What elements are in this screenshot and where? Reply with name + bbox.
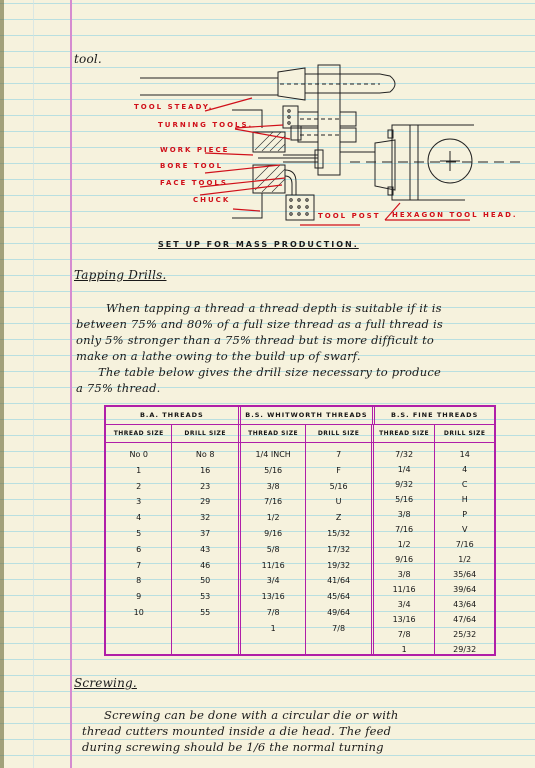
table-cell: 37 — [172, 526, 237, 542]
text-line: When tapping a thread a thread depth is … — [76, 300, 521, 316]
table-column-header: THREAD SIZE DRILL SIZE THREAD SIZE DRILL… — [106, 425, 494, 443]
table-cell: 55 — [172, 605, 237, 621]
table-cell: 7/16 — [241, 494, 305, 510]
table-cell: C — [435, 477, 494, 492]
diagram-caption: SET UP FOR MASS PRODUCTION. — [158, 240, 359, 249]
table-cell: 7/32 — [374, 447, 435, 462]
col-ba-thread: No 012345678910 — [106, 443, 171, 654]
table-cell: 5/16 — [374, 492, 435, 507]
table-cell: 5 — [106, 526, 171, 542]
table-cell: 7/8 — [241, 605, 305, 621]
label-chuck: CHUCK — [193, 196, 230, 204]
screwing-heading: Screwing. — [74, 676, 137, 690]
table-cell: 19/32 — [306, 558, 370, 574]
col-header: THREAD SIZE — [371, 425, 435, 442]
table-cell: 7/8 — [374, 627, 435, 642]
tapping-paragraph-1: When tapping a thread a thread depth is … — [76, 300, 521, 396]
table-cell: 9/32 — [374, 477, 435, 492]
col-bsw-thread: 1/4 INCH5/163/87/161/29/165/811/163/413/… — [238, 443, 305, 654]
table-cell: 9/16 — [241, 526, 305, 542]
table-cell: 3 — [106, 494, 171, 510]
table-cell — [306, 637, 370, 653]
table-body: No 012345678910 No 816232932374346505355… — [106, 443, 494, 654]
table-cell: 4 — [435, 462, 494, 477]
table-cell: 25/32 — [435, 627, 494, 642]
label-turning-tools: TURNING TOOLS. — [158, 121, 253, 129]
table-cell: 13/16 — [374, 612, 435, 627]
table-cell: H — [435, 492, 494, 507]
table-cell: 7 — [306, 447, 370, 463]
text-line: between 75% and 80% of a full size threa… — [76, 316, 521, 332]
col-bsf-thread: 7/321/49/325/163/87/161/29/163/811/163/4… — [371, 443, 435, 654]
table-cell: 49/64 — [306, 605, 370, 621]
table-cell: 17/32 — [306, 542, 370, 558]
table-cell: 1 — [241, 621, 305, 637]
col-header: DRILL SIZE — [171, 425, 237, 442]
tapping-drill-table: B.A. THREADS B.S. WHITWORTH THREADS B.S.… — [104, 405, 496, 656]
label-face-tools: FACE TOOLS — [160, 179, 228, 187]
table-cell: 46 — [172, 558, 237, 574]
text-line: only 5% stronger than a 75% thread but i… — [76, 332, 521, 348]
table-cell: 2 — [106, 479, 171, 495]
table-cell: 13/16 — [241, 589, 305, 605]
table-cell — [106, 637, 171, 653]
table-cell: 6 — [106, 542, 171, 558]
group-bsw: B.S. WHITWORTH THREADS — [238, 407, 373, 424]
table-cell: 35/64 — [435, 567, 494, 582]
text-line: make on a lathe owing to the build up of… — [76, 348, 521, 364]
table-cell: V — [435, 522, 494, 537]
table-cell: 14 — [435, 447, 494, 462]
table-cell: 3/4 — [241, 573, 305, 589]
label-tool-steady: TOOL STEADY. — [134, 103, 213, 111]
table-cell: 41/64 — [306, 573, 370, 589]
table-cell: 7/8 — [306, 621, 370, 637]
text-line: thread cutters mounted inside a die head… — [82, 723, 527, 739]
table-cell: 29/32 — [435, 642, 494, 657]
table-cell: 45/64 — [306, 589, 370, 605]
table-cell: 43/64 — [435, 597, 494, 612]
table-cell: 32 — [172, 510, 237, 526]
table-cell: Z — [306, 510, 370, 526]
table-cell: 3/8 — [374, 507, 435, 522]
col-header: DRILL SIZE — [434, 425, 494, 442]
table-cell: 1/4 INCH — [241, 447, 305, 463]
label-bore-tool: BORE TOOL — [160, 162, 223, 170]
table-group-header: B.A. THREADS B.S. WHITWORTH THREADS B.S.… — [106, 407, 494, 425]
label-tool-post: TOOL POST — [318, 212, 380, 220]
table-cell: 1 — [106, 463, 171, 479]
table-cell: No 8 — [172, 447, 237, 463]
table-cell: 7/16 — [435, 537, 494, 552]
table-cell: 7/16 — [374, 522, 435, 537]
table-cell: 3/8 — [374, 567, 435, 582]
table-cell: 9/16 — [374, 552, 435, 567]
col-bsf-drill: 144CHPV7/161/235/6439/6443/6447/6425/322… — [434, 443, 494, 654]
table-cell: 5/8 — [241, 542, 305, 558]
table-cell: 29 — [172, 494, 237, 510]
label-work-piece: WORK PIECE — [160, 146, 229, 154]
table-cell: 1/2 — [435, 552, 494, 567]
col-ba-drill: No 816232932374346505355 — [171, 443, 237, 654]
table-cell: 39/64 — [435, 582, 494, 597]
table-cell: 1 — [374, 642, 435, 657]
col-bsw-drill: 7F5/16UZ15/3217/3219/3241/6445/6449/647/… — [305, 443, 370, 654]
table-cell: 23 — [172, 479, 237, 495]
table-cell: 7 — [106, 558, 171, 574]
table-cell — [172, 637, 237, 653]
table-cell: 3/4 — [374, 597, 435, 612]
table-cell: 8 — [106, 573, 171, 589]
table-cell: 15/32 — [306, 526, 370, 542]
table-cell: No 0 — [106, 447, 171, 463]
text-line: Screwing can be done with a circular die… — [82, 707, 527, 723]
table-cell: 16 — [172, 463, 237, 479]
table-cell: P — [435, 507, 494, 522]
col-header: DRILL SIZE — [305, 425, 370, 442]
table-cell: 50 — [172, 573, 237, 589]
col-header: THREAD SIZE — [238, 425, 305, 442]
table-cell: U — [306, 494, 370, 510]
text-line: a 75% thread. — [76, 380, 521, 396]
table-cell: 5/16 — [306, 479, 370, 495]
table-cell — [172, 621, 237, 637]
table-cell: 53 — [172, 589, 237, 605]
group-bsf: B.S. FINE THREADS — [372, 407, 494, 424]
table-cell — [106, 621, 171, 637]
table-cell: F — [306, 463, 370, 479]
table-cell: 5/16 — [241, 463, 305, 479]
table-cell: 11/16 — [374, 582, 435, 597]
col-header: THREAD SIZE — [106, 425, 171, 442]
screwing-paragraph: Screwing can be done with a circular die… — [82, 707, 527, 755]
tapping-drills-heading: Tapping Drills. — [74, 268, 167, 282]
table-cell: 43 — [172, 542, 237, 558]
table-cell — [241, 637, 305, 653]
table-cell: 3/8 — [241, 479, 305, 495]
table-cell: 4 — [106, 510, 171, 526]
table-cell: 1/4 — [374, 462, 435, 477]
table-cell: 11/16 — [241, 558, 305, 574]
table-cell: 9 — [106, 589, 171, 605]
label-hexagon-tool-head: HEXAGON TOOL HEAD. — [392, 211, 518, 219]
table-cell: 1/2 — [241, 510, 305, 526]
text-line: The table below gives the drill size nec… — [76, 364, 521, 380]
table-cell: 47/64 — [435, 612, 494, 627]
table-cell: 10 — [106, 605, 171, 621]
text-line: during screwing should be 1/6 the normal… — [82, 739, 527, 755]
group-ba: B.A. THREADS — [106, 407, 238, 424]
lathe-setup-diagram — [0, 0, 535, 240]
table-cell: 1/2 — [374, 537, 435, 552]
